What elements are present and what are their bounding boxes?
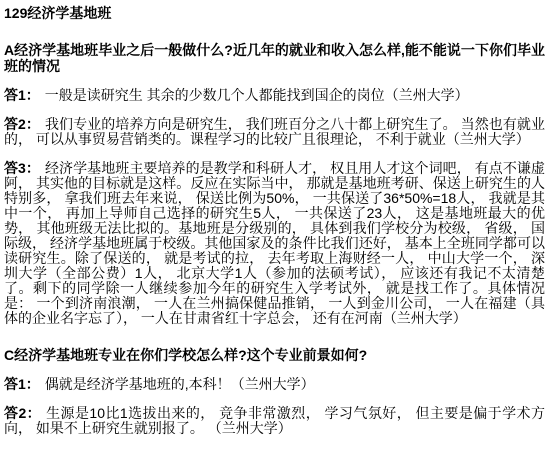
answer-a3-label: 答3： xyxy=(4,160,40,176)
page-title: 129经济学基地班 xyxy=(4,5,545,21)
answer-a2-label: 答2： xyxy=(4,116,40,132)
answer-a1-text: 一般是读研究生 其余的少数几个人都能找到国企的岗位（兰州大学） xyxy=(45,87,469,103)
qa-section-a: A经济学基地班毕业之后一般做什么?近几年的就业和收入怎么样,能不能说一下你们毕业… xyxy=(4,42,545,326)
answer-a1: 答1：一般是读研究生 其余的少数几个人都能找到国企的岗位（兰州大学） xyxy=(4,88,545,103)
answer-a2: 答2：我们专业的培养方向是研究生， 我们班百分之八十都上研究生了。 当然也有就业… xyxy=(4,117,545,147)
answer-c2: 答2：生源是10比1选拔出来的， 竞争非常激烈， 学习气氛好， 但主要是偏于学术… xyxy=(4,406,545,436)
question-c-heading: C经济学基地班专业在你们学校怎么样?这个专业前景如何? xyxy=(4,347,545,363)
answer-a3: 答3：经济学基地班主要培养的是教学和科研人才， 权且用人才这个词吧， 有点不谦虚… xyxy=(4,161,545,326)
answer-c2-text: 生源是10比1选拔出来的， 竞争非常激烈， 学习气氛好， 但主要是偏于学术方向，… xyxy=(4,405,545,436)
question-a-heading: A经济学基地班毕业之后一般做什么?近几年的就业和收入怎么样,能不能说一下你们毕业… xyxy=(4,42,545,74)
answer-a2-text: 我们专业的培养方向是研究生， 我们班百分之八十都上研究生了。 当然也有就业的， … xyxy=(4,116,545,147)
answer-a1-label: 答1： xyxy=(4,87,40,103)
answer-c1: 答1：偶就是经济学基地班的,本科！（兰州大学） xyxy=(4,377,545,392)
answer-c2-label: 答2： xyxy=(4,405,41,421)
document-page: 129经济学基地班 A经济学基地班毕业之后一般做什么?近几年的就业和收入怎么样,… xyxy=(0,0,548,436)
qa-section-c: C经济学基地班专业在你们学校怎么样?这个专业前景如何? 答1：偶就是经济学基地班… xyxy=(4,347,545,436)
answer-c1-text: 偶就是经济学基地班的,本科！（兰州大学） xyxy=(45,376,315,392)
answer-a3-text: 经济学基地班主要培养的是教学和科研人才， 权且用人才这个词吧， 有点不谦虚阿， … xyxy=(4,160,545,326)
answer-c1-label: 答1： xyxy=(4,376,40,392)
